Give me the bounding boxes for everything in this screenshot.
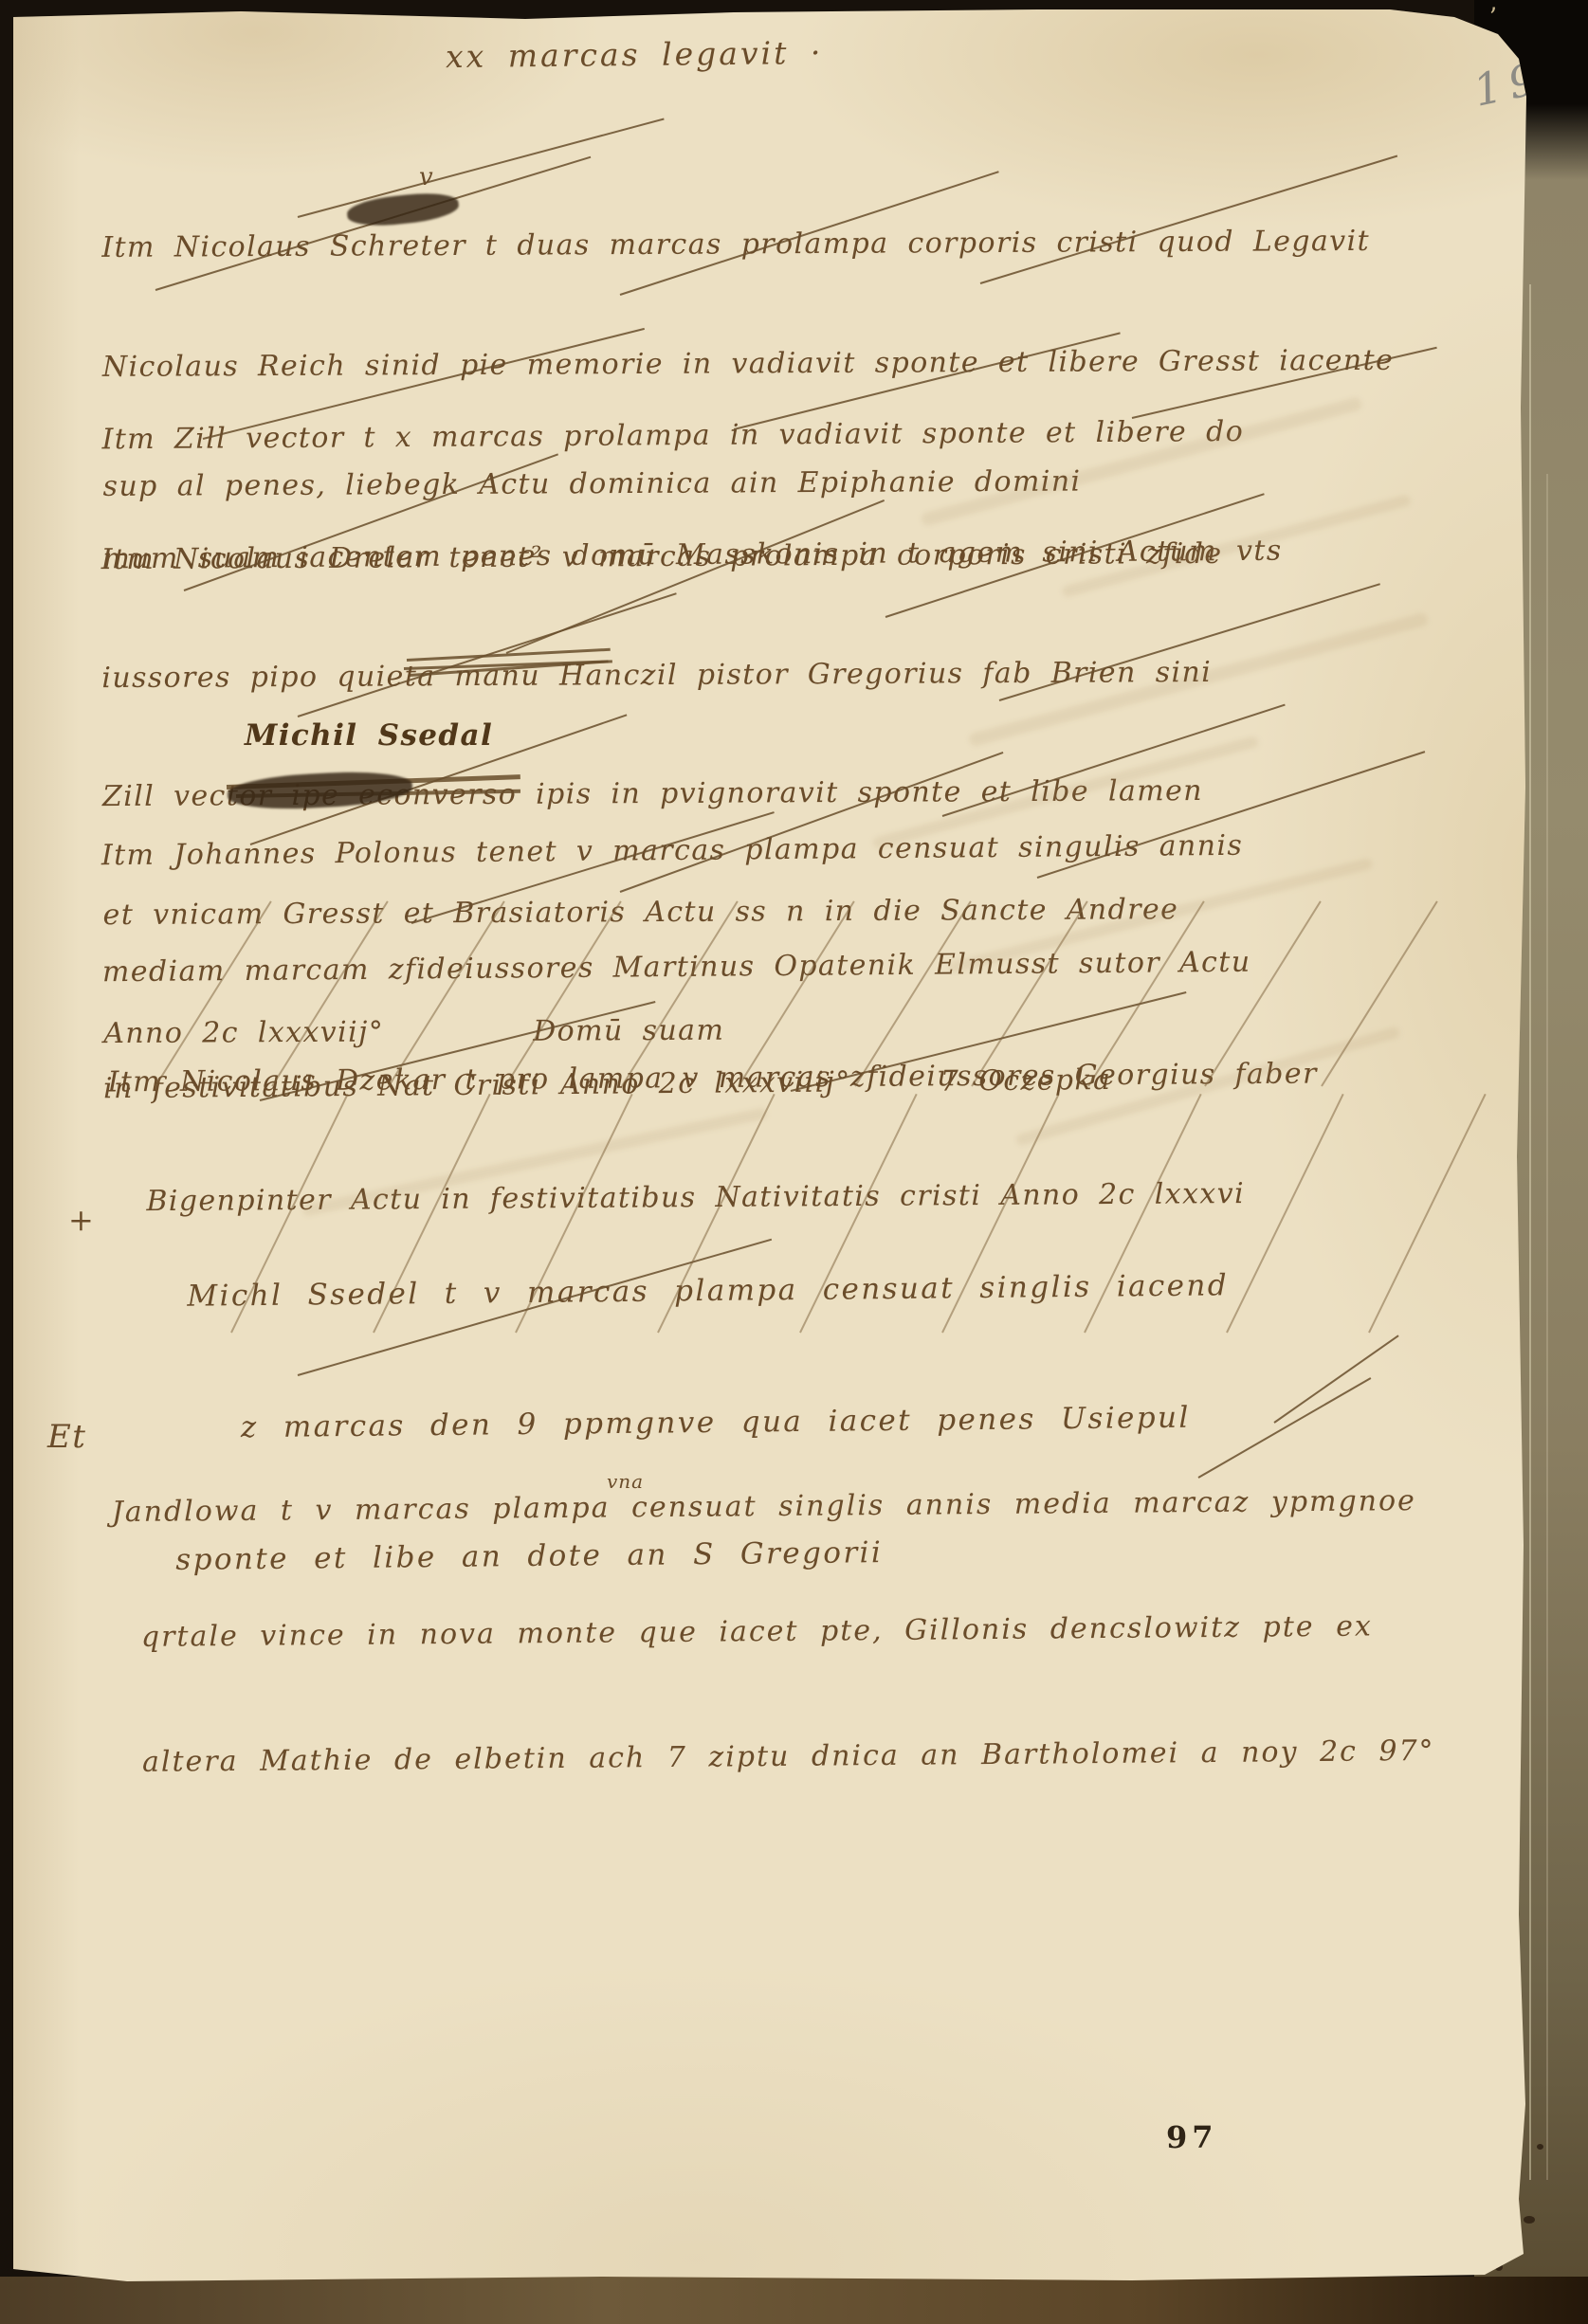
entry-line: Jandlowa t v marcas plampa censuat singl… [112,1484,1433,1554]
page-edge-streak [1546,474,1548,2180]
cancellation-stroke [1273,1334,1398,1423]
cancellation-hatch-stroke [1368,1094,1487,1334]
manuscript-scan: ʼ xx marcas legavit · 193ᵓ Itm Nicolaus … [0,0,1588,2324]
marginal-et-marker: Et [47,1418,86,1456]
page-edge-streak [1529,284,1531,2180]
entry-line: altera Mathie de elbetin ach 7 ziptu dni… [142,1734,1435,1805]
entry-line: Itm Nicolaus Drelar tenet² v marcas prol… [101,537,1223,595]
entry-line: Itm Johannes Polonus tenet v marcas plam… [101,829,1250,890]
edge-speck [1524,2216,1535,2224]
marginal-cross-marker: + [68,1202,95,1238]
interlinear-addition: Michil Ssedal [245,718,493,753]
entry-line: Michl Ssedel t v marcas plampa censuat s… [187,1268,1229,1343]
insertion-mark: v [419,163,434,191]
entry-line: iussores pipo quieta manu Hanczil pistor… [101,656,1223,714]
manuscript-page: xx marcas legavit · 193ᵓ Itm Nicolaus Sc… [13,9,1530,2282]
cancellation-hatch-stroke [1321,900,1438,1086]
entry-7: Jandlowa t v marcas plampa censuat singl… [111,1418,1436,1871]
page-number-stamp: 97 [1166,2119,1218,2155]
page-heading: xx marcas legavit · [446,34,824,75]
entry-line: qrtale vince in nova monte que iacet pte… [141,1609,1434,1679]
book-edge-bottom [0,2277,1588,2324]
edge-speck [1537,2144,1543,2150]
corner-pen-mark: ʼ [1488,4,1496,32]
